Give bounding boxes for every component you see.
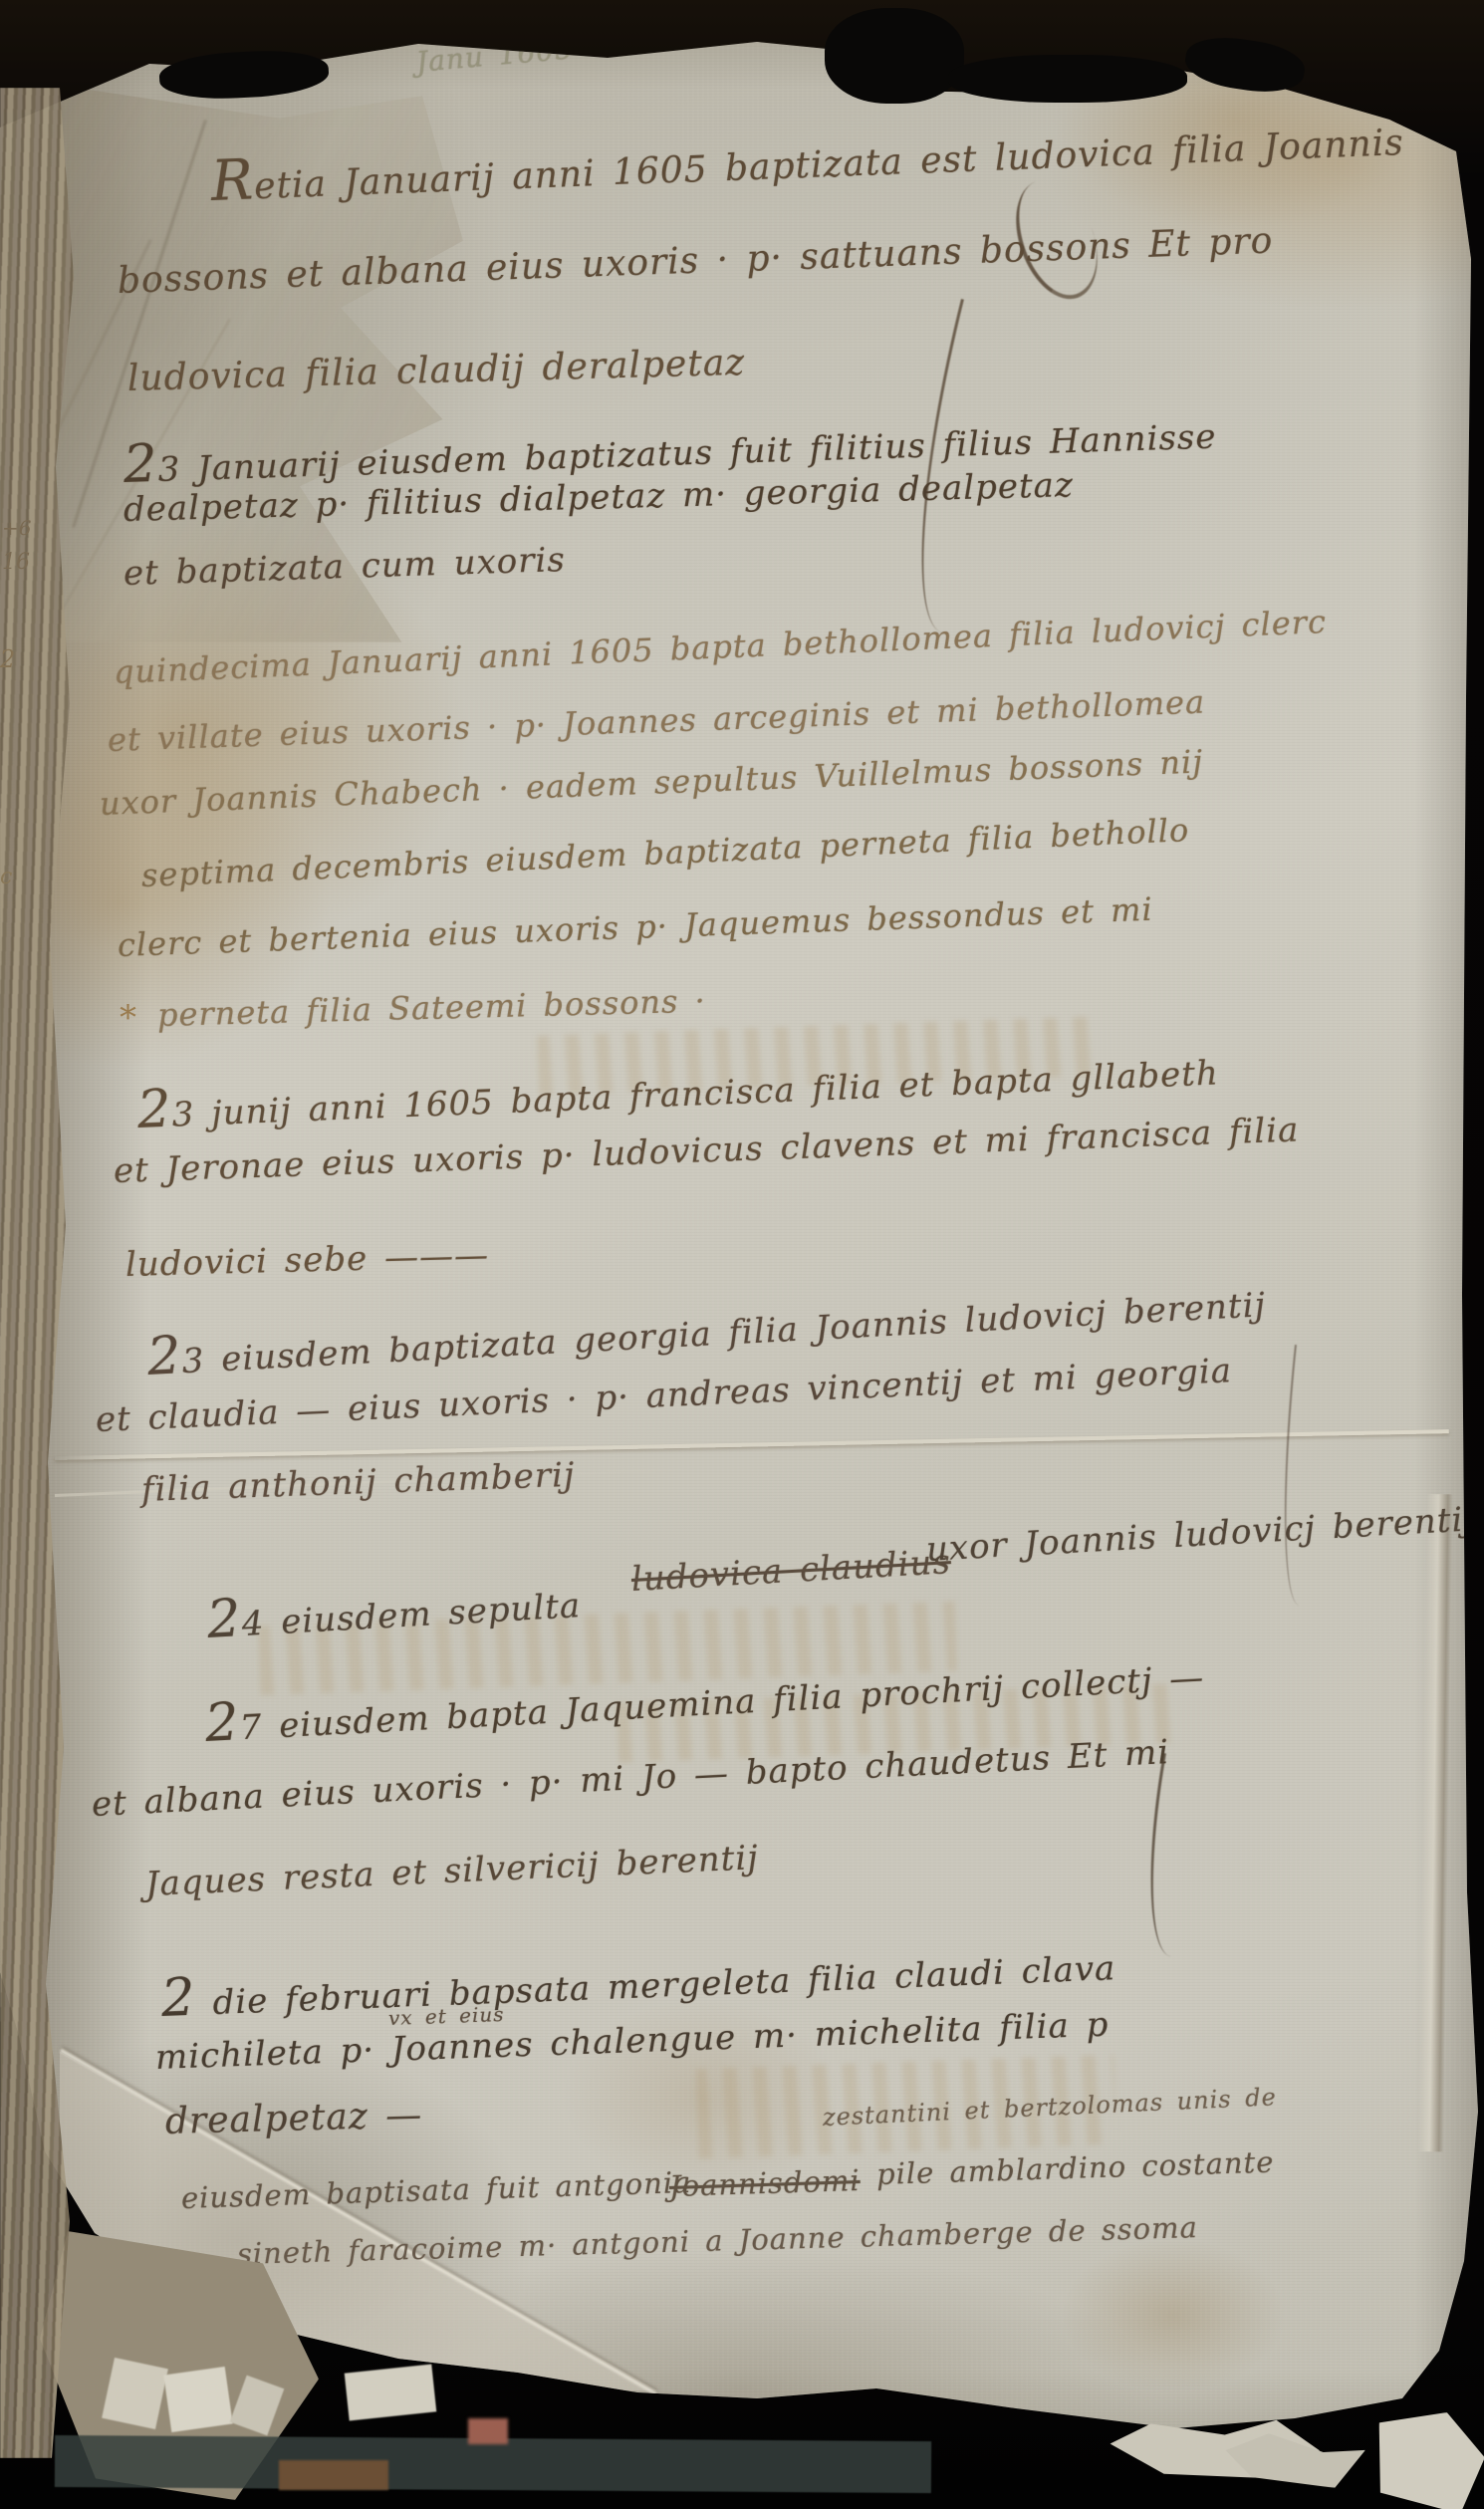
margin-mark: c [0,865,12,889]
margin-asterisk: * [120,998,136,1038]
debris-fragment [468,2418,508,2444]
entry-line-struck: Joannisdomi [668,2163,861,2203]
shadow-blob [825,8,964,104]
manuscript-photo: Janu 1605 Retia Januarij anni 1605 bapti… [0,0,1484,2509]
margin-mark: +6 [2,516,31,540]
margin-mark: 2 [0,645,15,673]
debris-fragment [279,2460,388,2490]
paper-shred [1368,2403,1484,2509]
entry-line: drealpetaz — [164,2095,422,2142]
paper-shred [345,2365,437,2421]
paper-shred [163,2367,232,2432]
shadow-blob [948,55,1187,103]
margin-mark: 16 [2,550,30,575]
manuscript-page: Janu 1605 Retia Januarij anni 1605 bapti… [0,0,1484,2509]
